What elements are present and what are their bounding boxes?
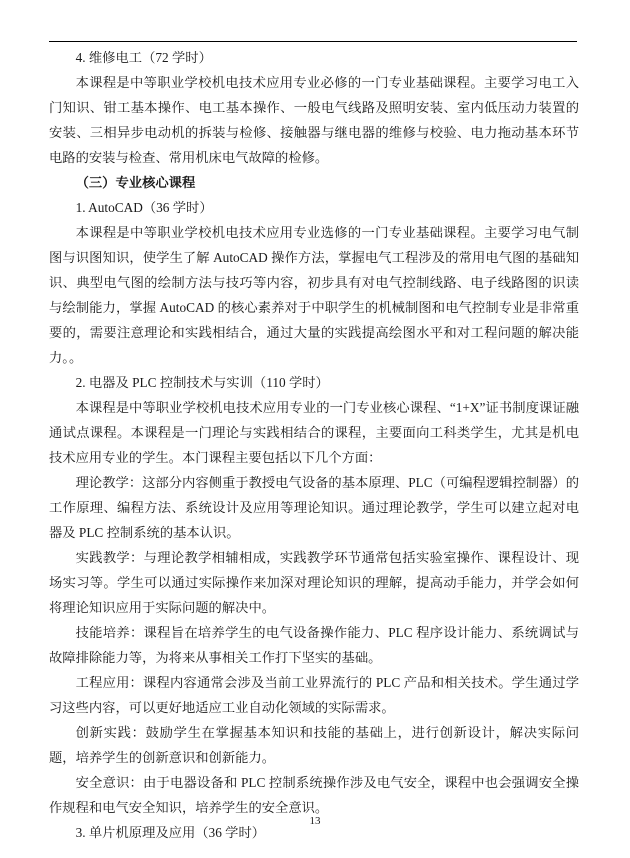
- course-description: 本课程是中等职业学校机电技术应用专业必修的一门专业基础课程。主要学习电工入门知识…: [49, 70, 579, 170]
- page-footer: 13: [0, 813, 630, 829]
- header-rule: [49, 41, 577, 42]
- course-aspect-paragraph: 工程应用：课程内容通常会涉及当前工业界流行的 PLC 产品和相关技术。学生通过学…: [49, 670, 579, 720]
- section-heading: （三）专业核心课程: [49, 170, 579, 195]
- course-description: 本课程是中等职业学校机电技术应用专业的一门专业核心课程、“1+X”证书制度课证融…: [49, 395, 579, 470]
- course-aspect-paragraph: 实践教学：与理论教学相辅相成，实践教学环节通常包括实验室操作、课程设计、现场实习…: [49, 545, 579, 620]
- course-aspect-paragraph: 理论教学：这部分内容侧重于教授电气设备的基本原理、PLC（可编程逻辑控制器）的工…: [49, 470, 579, 545]
- course-item-title: 1. AutoCAD（36 学时）: [49, 195, 579, 220]
- document-page: 4. 维修电工（72 学时） 本课程是中等职业学校机电技术应用专业必修的一门专业…: [0, 0, 630, 858]
- course-aspect-paragraph: 技能培养：课程旨在培养学生的电气设备操作能力、PLC 程序设计能力、系统调试与故…: [49, 620, 579, 670]
- course-description: 本课程是中等职业学校机电技术应用专业选修的一门专业基础课程。主要学习电气制图与识…: [49, 220, 579, 370]
- document-body: 4. 维修电工（72 学时） 本课程是中等职业学校机电技术应用专业必修的一门专业…: [49, 45, 579, 845]
- course-item-title: 2. 电器及 PLC 控制技术与实训（110 学时）: [49, 370, 579, 395]
- course-aspect-paragraph: 创新实践：鼓励学生在掌握基本知识和技能的基础上，进行创新设计，解决实际问题，培养…: [49, 720, 579, 770]
- course-item-title: 4. 维修电工（72 学时）: [49, 45, 579, 70]
- page-number: 13: [310, 815, 321, 827]
